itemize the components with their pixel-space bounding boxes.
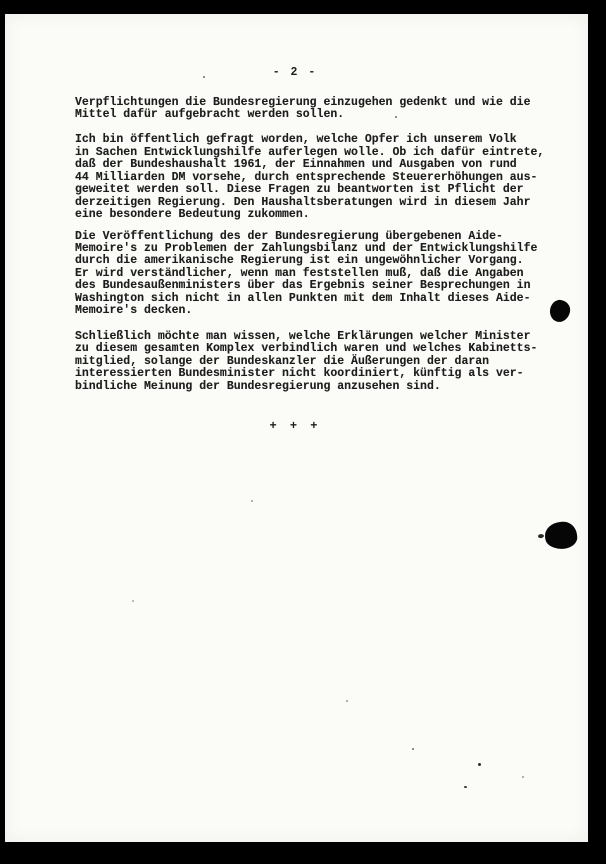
scan-speck (464, 786, 467, 788)
scan-speck (395, 116, 397, 118)
paragraph-cabinet: Schließlich möchte man wissen, welche Er… (75, 331, 560, 393)
paragraph-aide-memoire: Die Veröffentlichung des der Bundesregie… (75, 231, 560, 318)
page-number: - 2 - (75, 67, 515, 80)
scan-speck (412, 748, 414, 750)
scan-speck (522, 776, 524, 778)
paragraph-obligations: Verpflichtungen die Bundesregierung einz… (75, 97, 560, 122)
scan-speck (132, 600, 134, 602)
scan-speck (251, 500, 253, 502)
punch-hole-mark (544, 520, 579, 550)
scanned-document-page: - 2 - Verpflichtungen die Bundesregierun… (5, 14, 588, 842)
scan-speck (346, 700, 348, 702)
scan-speck (203, 76, 205, 78)
scan-speck (478, 763, 481, 766)
end-of-text-separator: + + + (75, 419, 515, 433)
paragraph-budget-1961: Ich bin öffentlich gefragt worden, welch… (75, 134, 560, 221)
punch-hole-mark (549, 299, 572, 324)
